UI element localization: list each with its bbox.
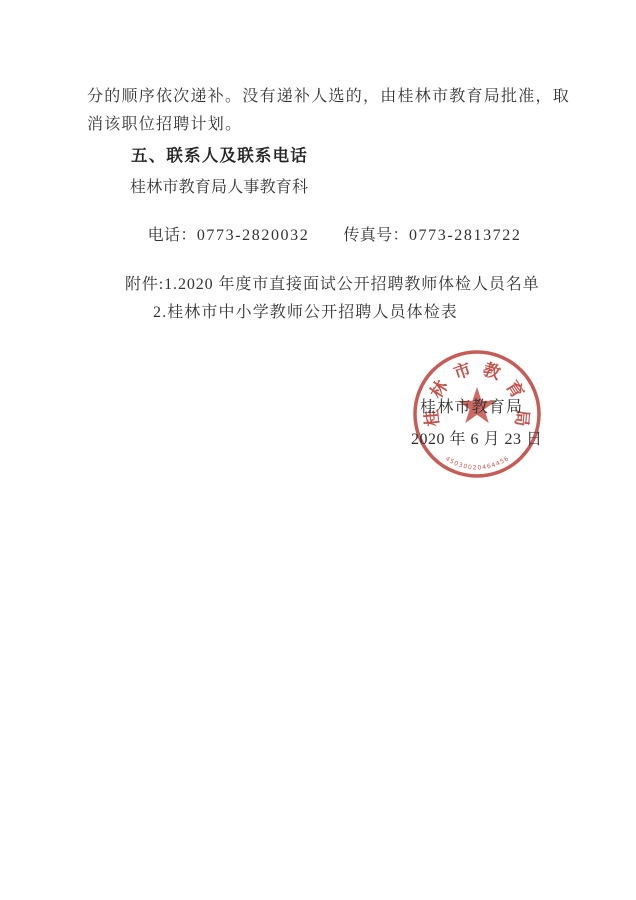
fax-label: 传真号：: [343, 227, 409, 244]
signature-date: 2020 年 6 月 23 日: [411, 432, 543, 448]
paragraph-continuation-line-1: 分的顺序依次递补。没有递补人选的，由桂林市教育局批准，取: [87, 89, 570, 105]
contact-department: 桂林市教育局人事教育科: [130, 180, 308, 196]
contact-phone-fax-line: 电话：0773-2820032传真号：0773-2813722: [130, 212, 521, 260]
phone-number: 0773-2820032: [197, 227, 310, 244]
svg-text:教: 教: [481, 359, 505, 384]
phone-label: 电话：: [148, 227, 197, 244]
svg-text:市: 市: [451, 359, 474, 383]
svg-text:林: 林: [426, 376, 453, 402]
signature-issuer: 桂林市教育局: [420, 400, 523, 416]
section-heading-contact: 五、联系人及联系电话: [131, 148, 308, 165]
attachment-line-1: 附件:1.2020 年度市直接面试公开招聘教师体检人员名单: [125, 277, 540, 293]
svg-text:2: 2: [473, 464, 477, 471]
fax-number: 0773-2813722: [409, 227, 522, 244]
paragraph-continuation-line-2: 消该职位招聘计划。: [87, 117, 242, 133]
document-page: 分的顺序依次递补。没有递补人选的，由桂林市教育局批准，取 消该职位招聘计划。 五…: [0, 0, 636, 900]
seal-serial-number: 45030020464456: [444, 455, 510, 471]
attachment-line-2: 2.桂林市中小学教师公开招聘人员体检表: [153, 305, 458, 321]
